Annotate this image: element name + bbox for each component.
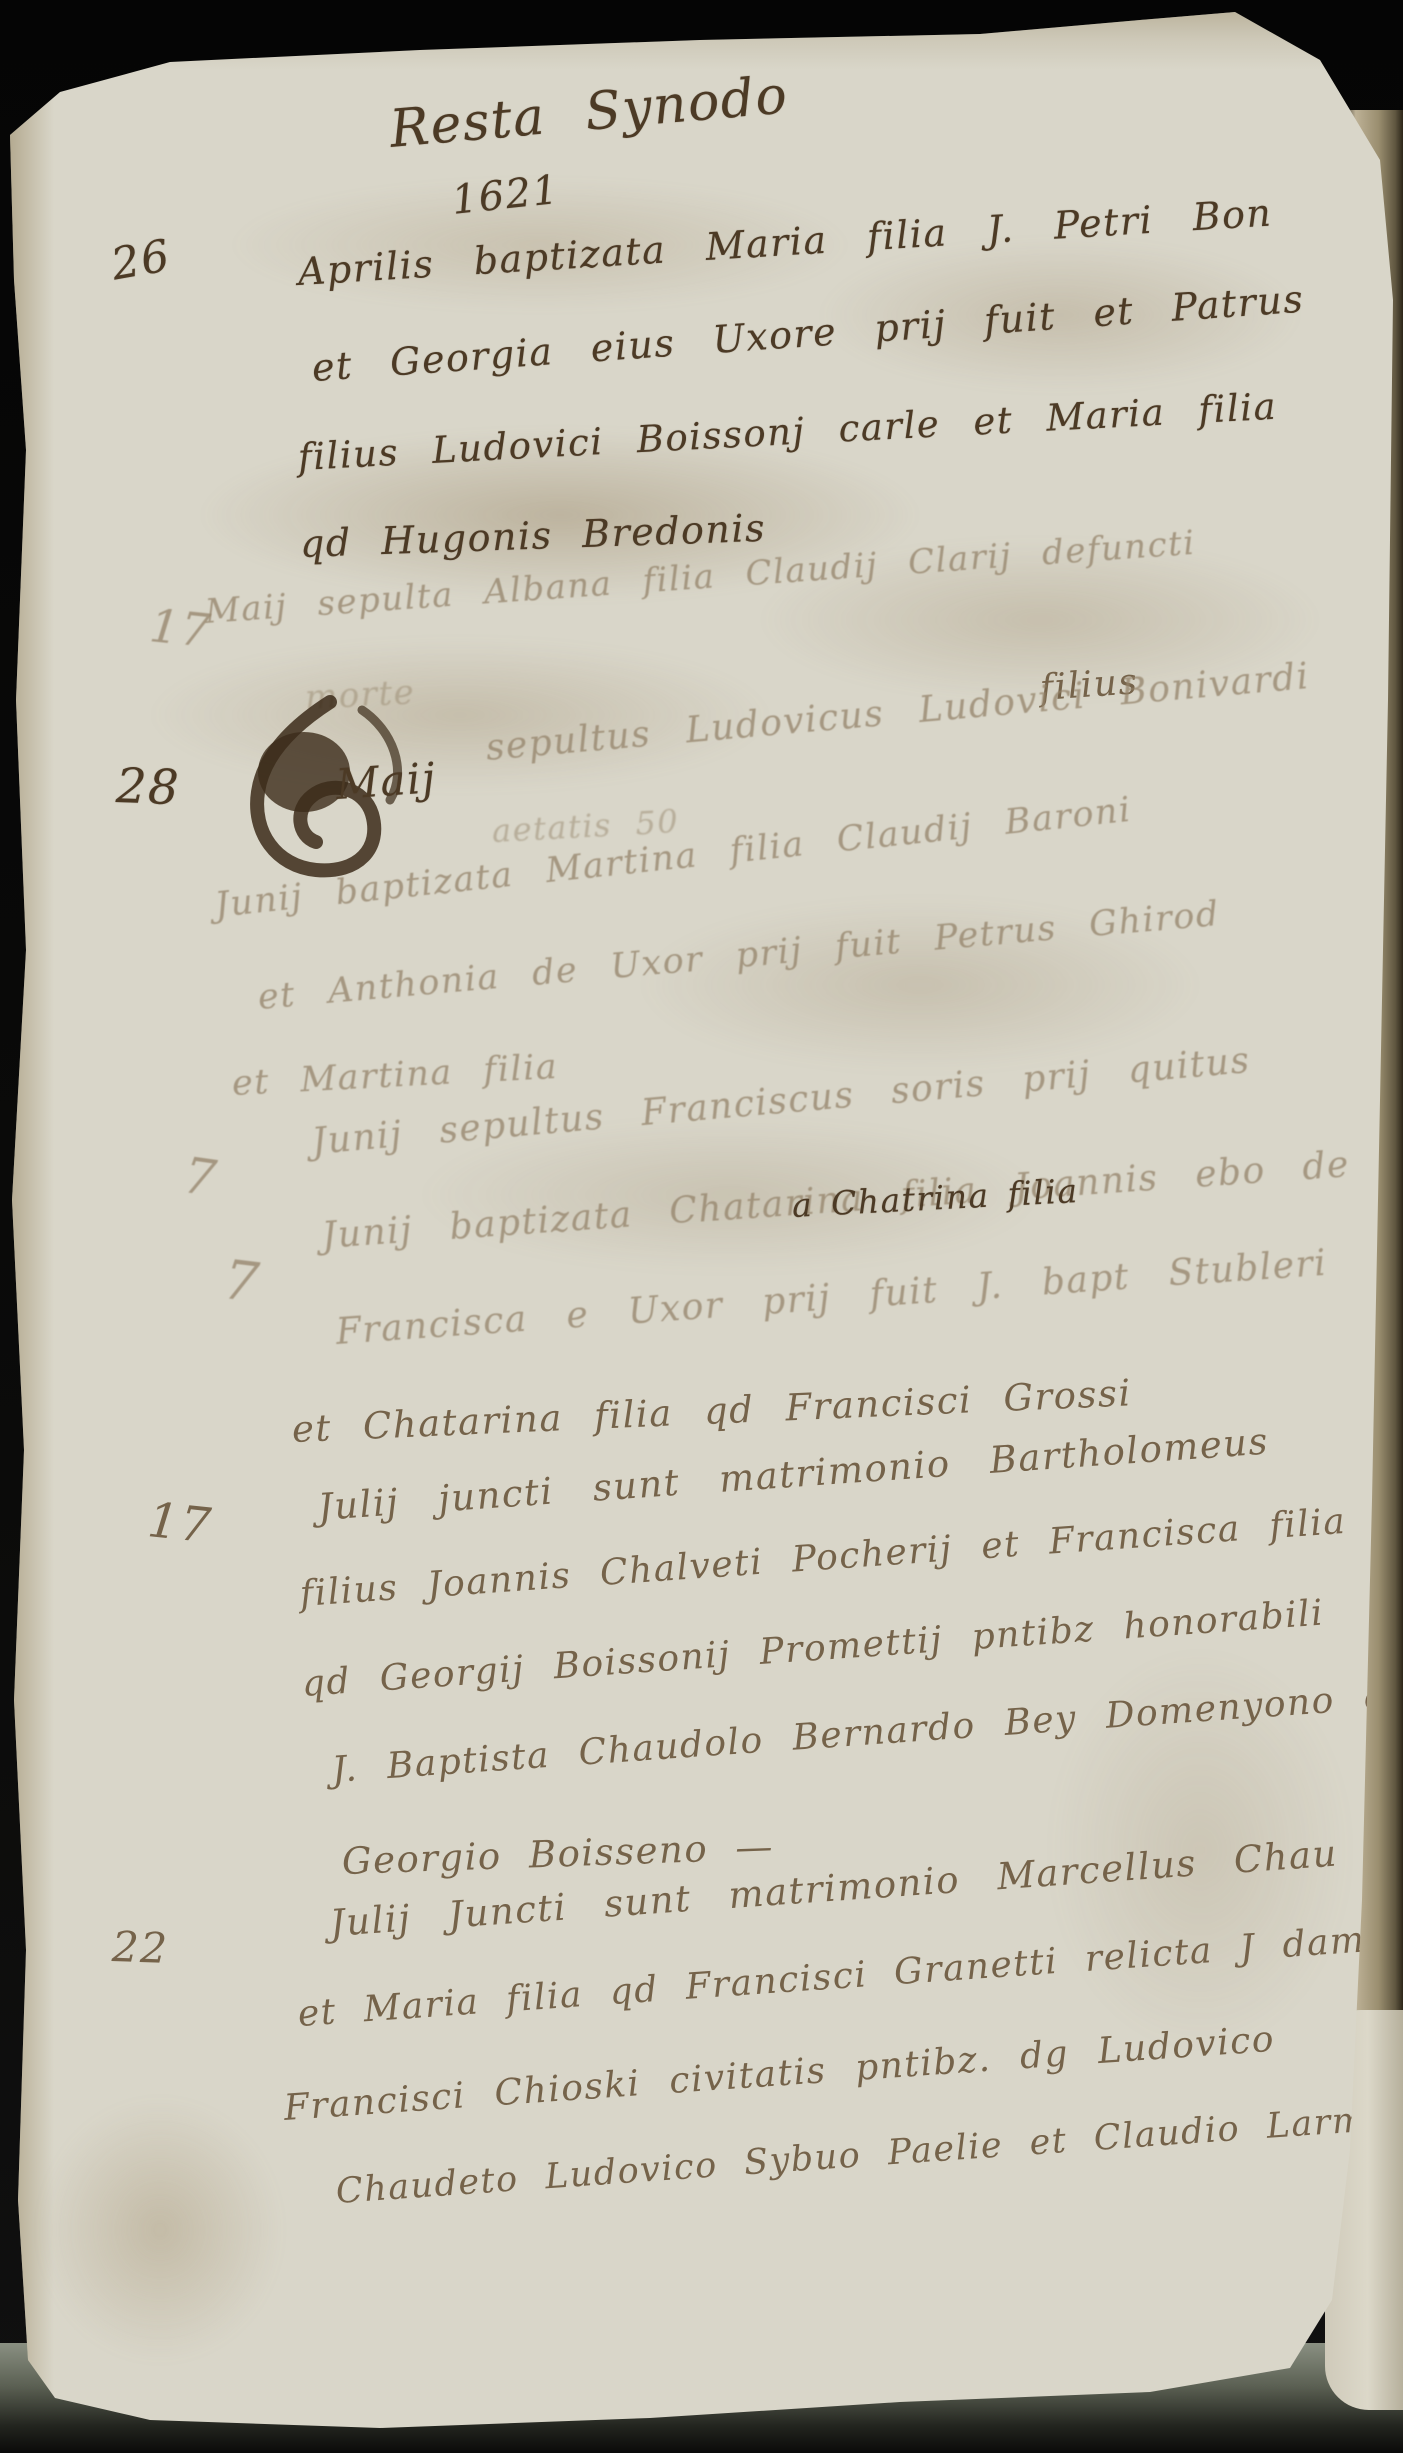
entry-28-line: Maij	[334, 753, 438, 809]
entry-7a-number: 7	[180, 1146, 221, 1208]
entry-jun-line: et Martina filia	[231, 1047, 559, 1104]
entry-jun-line: et Anthonia de Uxor prij fuit Petrus Ghi…	[256, 894, 1221, 1018]
page-heading-title: Resta Synodo	[387, 65, 790, 160]
entry-7b-number: 7	[220, 1248, 263, 1315]
entry-17jul-number: 17	[145, 1492, 215, 1554]
entry-22-line: et Maria filia qd Francisci Granetti rel…	[297, 1919, 1367, 2035]
page-heading-year: 1621	[450, 167, 562, 224]
entry-17jul-line: qd Georgij Boissonij Promettij pntibz ho…	[301, 1593, 1326, 1705]
entry-17jul-line: J. Baptista Chaudolo Bernardo Bey Domeny…	[331, 1675, 1403, 1791]
manuscript-photo: Resta Synodo 1621 26 Aprilis baptizata M…	[0, 0, 1403, 2453]
entry-26-number: 26	[108, 230, 175, 290]
entry-17jul-line: Georgio Boisseno —	[341, 1825, 774, 1883]
entry-22-line: Francisci Chioski civitatis pntibz. dg L…	[283, 2019, 1277, 2129]
entry-28-number: 28	[115, 758, 181, 816]
entry-26-line: filius Ludovici Boissonj carle et Maria …	[297, 385, 1278, 479]
stain	[40, 2100, 280, 2360]
register-page: Resta Synodo 1621 26 Aprilis baptizata M…	[0, 0, 1403, 2453]
entry-26-line: Aprilis baptizata Maria filia J. Petri B…	[297, 190, 1274, 294]
entry-28-line: sepultus Ludovicus Ludovici Bonivardi	[484, 656, 1311, 769]
entry-7b-line: Francisca e Uxor prij fuit J. bapt Stubl…	[335, 1243, 1329, 1353]
entry-26-line: et Georgia eius Uxore prij fuit et Patru…	[310, 277, 1305, 390]
entry-22-number: 22	[111, 1922, 169, 1973]
